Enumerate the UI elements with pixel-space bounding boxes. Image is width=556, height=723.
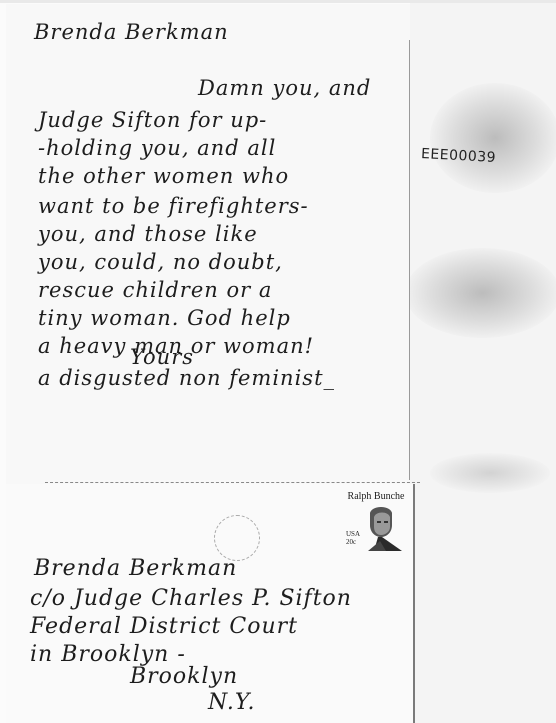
address-line: Brooklyn	[130, 664, 238, 689]
letter-line: -holding you, and all	[38, 136, 276, 160]
address-line: N.Y.	[208, 690, 256, 715]
letter-line: Damn you, and	[198, 76, 371, 100]
stamp-name: Ralph Bunche	[336, 491, 416, 502]
scan-smudge	[430, 83, 556, 193]
letter-signature: a disgusted non feminist_	[38, 366, 335, 390]
stamp-country: USA	[346, 530, 360, 538]
postmark	[214, 515, 260, 561]
portrait-icon	[356, 503, 404, 551]
letter-line: tiny woman. God help	[38, 306, 291, 330]
letter-salutation: Brenda Berkman	[34, 20, 229, 44]
letter-edge	[409, 40, 410, 480]
address-line: c/o Judge Charles P. Sifton	[30, 586, 352, 611]
stamp-value: 20c	[346, 538, 356, 546]
postage-stamp: Ralph Bunche USA 20c	[336, 491, 416, 559]
letter-line: rescue children or a	[38, 278, 272, 302]
letter-line: you, and those like	[38, 222, 258, 246]
letter-line: Judge Sifton for up-	[38, 108, 267, 132]
scanned-page: EEE00039 Brenda Berkman Damn you, and Ju…	[0, 0, 556, 723]
address-line: Brenda Berkman	[34, 556, 237, 581]
letter-line: you, could, no doubt,	[38, 250, 283, 274]
address-line: Federal District Court	[30, 614, 298, 639]
scan-smudge	[405, 248, 556, 338]
scan-margin-strip	[410, 3, 556, 723]
scan-smudge	[430, 453, 550, 493]
fold-line	[45, 482, 420, 483]
letter-line: want to be firefighters-	[38, 194, 309, 218]
letter-line: the other women who	[38, 164, 289, 188]
